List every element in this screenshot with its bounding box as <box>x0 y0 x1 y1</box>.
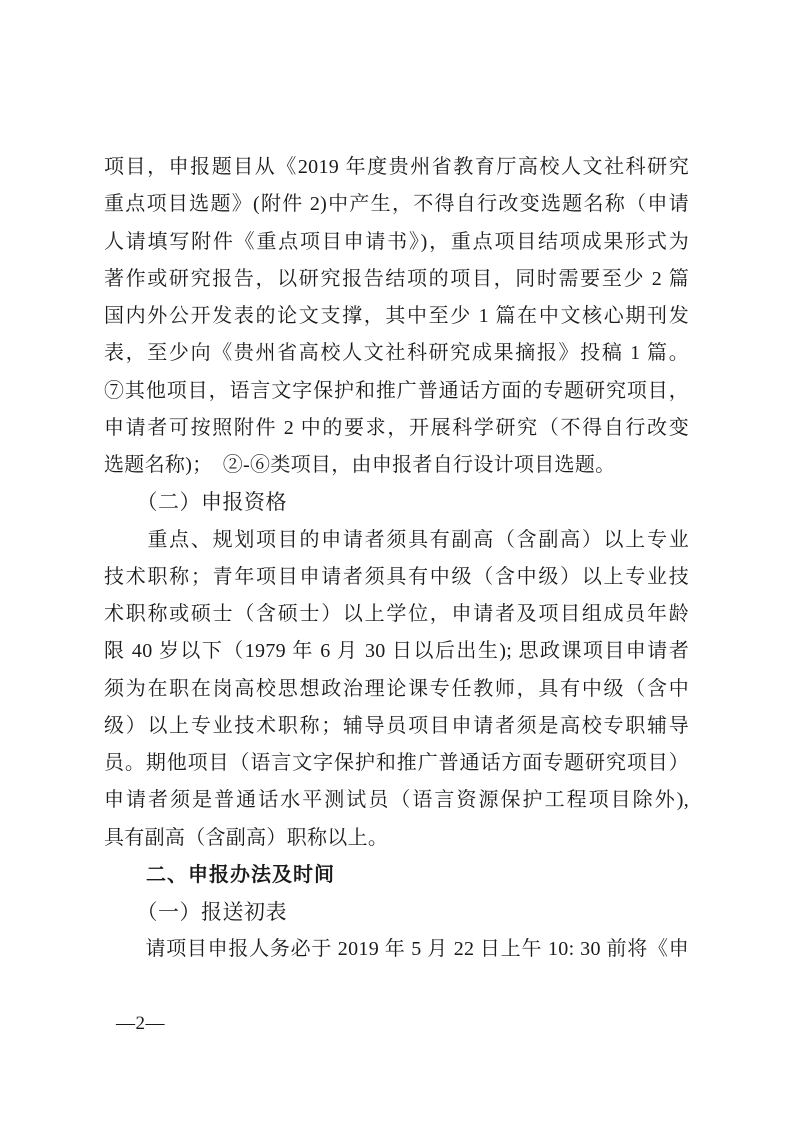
heading-application-method-and-time: 二、申报办法及时间 <box>104 857 689 894</box>
heading-application-qualification: （二）申报资格 <box>104 484 689 521</box>
text-line: 须为在职在岗高校思想政治理论课专任教师，具有中级（含中 <box>104 671 689 708</box>
text-line: 著作或研究报告，以研究报告结项的项目，同时需要至少 2 篇 <box>104 261 689 298</box>
text-line: 申请者可按照附件 2 中的要求，开展科学研究（不得自行改变 <box>104 410 689 447</box>
text-line: 人请填写附件《重点项目申请书》)，重点项目结项成果形式为 <box>104 224 689 261</box>
paragraph-project-requirements: 项目，申报题目从《2019 年度贵州省教育厅高校人文社科研究重点项目选题》(附件… <box>104 149 689 484</box>
document-page: 项目，申报题目从《2019 年度贵州省教育厅高校人文社科研究重点项目选题》(附件… <box>0 0 793 1122</box>
text-line: 限 40 岁以下（1979 年 6 月 30 日以后出生); 思政课项目申请者 <box>104 633 689 670</box>
text-line: 重点项目选题》(附件 2)中产生，不得自行改变选题名称（申请 <box>104 186 689 223</box>
text-line: 项目，申报题目从《2019 年度贵州省教育厅高校人文社科研究 <box>104 149 689 186</box>
text-line: 请项目申报人务必于 2019 年 5 月 22 日上午 10: 30 前将《申 <box>104 931 689 968</box>
text-line: 员。期他项目（语言文字保护和推广普通话方面专题研究项目） <box>104 745 689 782</box>
document-body: 项目，申报题目从《2019 年度贵州省教育厅高校人文社科研究重点项目选题》(附件… <box>104 149 689 969</box>
text-line: 表，至少向《贵州省高校人文社科研究成果摘报》投稿 1 篇。 <box>104 335 689 372</box>
page-number: —2— <box>116 1012 165 1036</box>
text-line: 具有副高（含副高）职称以上。 <box>104 820 689 857</box>
text-line: 重点、规划项目的申请者须具有副高（含副高）以上专业 <box>104 522 689 559</box>
text-line: 选题名称)； ②-⑥类项目，由申报者自行设计项目选题。 <box>104 447 689 484</box>
text-line: 术职称或硕士（含硕士）以上学位，申请者及项目组成员年龄 <box>104 596 689 633</box>
text-line: 申请者须是普通话水平测试员（语言资源保护工程项目除外), <box>104 782 689 819</box>
heading-submit-initial-form: （一）报送初表 <box>104 894 689 931</box>
text-line: 国内外公开发表的论文支撑，其中至少 1 篇在中文核心期刊发 <box>104 298 689 335</box>
paragraph-submission-deadline: 请项目申报人务必于 2019 年 5 月 22 日上午 10: 30 前将《申 <box>104 931 689 968</box>
text-line: 技术职称；青年项目申请者须具有中级（含中级）以上专业技 <box>104 559 689 596</box>
text-line: ⑦其他项目，语言文字保护和推广普通话方面的专题研究项目， <box>104 373 689 410</box>
paragraph-qualification-details: 重点、规划项目的申请者须具有副高（含副高）以上专业技术职称；青年项目申请者须具有… <box>104 522 689 857</box>
text-line: 级）以上专业技术职称；辅导员项目申请者须是高校专职辅导 <box>104 708 689 745</box>
